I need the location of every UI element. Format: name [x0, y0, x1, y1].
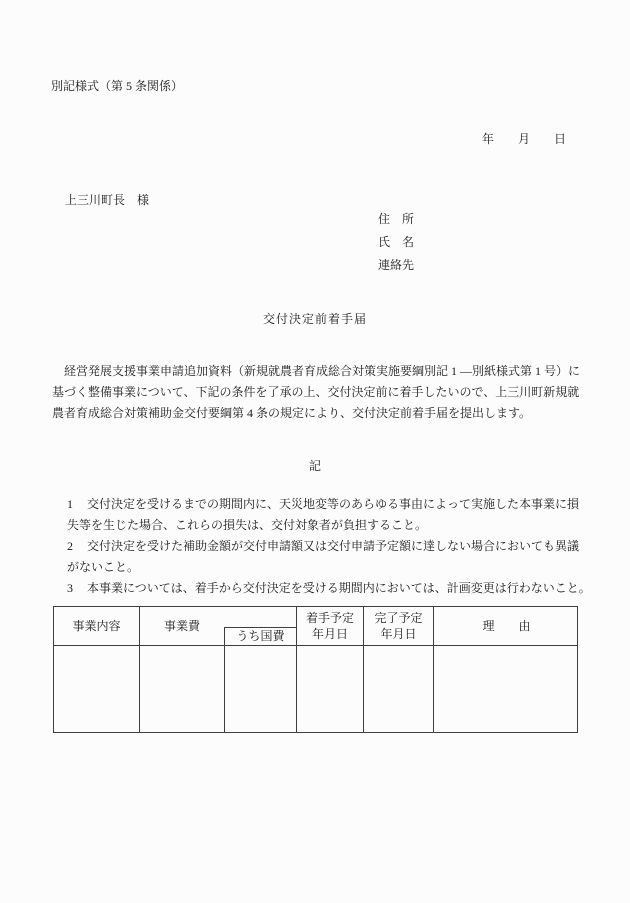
- condition-number: 2: [67, 536, 87, 557]
- sender-contact-label: 連絡先: [378, 254, 414, 277]
- header-national-share: うち国費: [225, 627, 296, 645]
- header-start-date: 着手予定 年月日: [297, 607, 363, 645]
- condition-number: 1: [67, 494, 87, 515]
- header-project-cost: 事業費: [140, 607, 224, 645]
- condition-item-1-line-1: 1交付決定を受けるまでの期間内に、天災地変等のあらゆる事由によって実施した本事業…: [52, 494, 578, 515]
- condition-number: 3: [67, 578, 87, 599]
- sender-address-label: 住 所: [378, 208, 414, 231]
- condition-item-2-line-1: 2交付決定を受けた補助金額が交付申請額又は交付申請予定額に達しない場合においても…: [52, 536, 578, 557]
- header-end-date: 完了予定 年月日: [364, 607, 433, 645]
- date-line: 年 月 日: [482, 129, 566, 150]
- ki-heading: 記: [0, 456, 630, 477]
- body-line: 基づく整備事業について、下記の条件を了承の上、交付決定前に着手したいので、上三川…: [52, 382, 578, 403]
- condition-item-1-line-2: 失等を生じた場合、これらの損失は、交付対象者が負担すること。: [67, 515, 578, 536]
- body-line: 経営発展支援事業申請追加資料（新規就農者育成総合対策実施要綱別記 1 ―別紙様式…: [52, 361, 578, 382]
- conditions-list: 1交付決定を受けるまでの期間内に、天災地変等のあらゆる事由によって実施した本事業…: [52, 494, 578, 599]
- condition-item-3-line-1: 3本事業については、着手から交付決定を受ける期間内においては、計画変更は行わない…: [52, 578, 578, 599]
- table-header-divider: [54, 645, 577, 646]
- form-style-label: 別記様式（第 5 条関係）: [51, 76, 183, 97]
- header-end-date-line2: 年月日: [380, 626, 416, 642]
- header-project-content: 事業内容: [54, 607, 139, 645]
- sender-block: 住 所 氏 名 連絡先: [378, 208, 414, 277]
- condition-text: 交付決定を受けた補助金額が交付申請額又は交付申請予定額に達しない場合においても異…: [87, 539, 579, 553]
- condition-item-2-line-2: がないこと。: [67, 557, 578, 578]
- document-page: 別記様式（第 5 条関係） 年 月 日 上三川町長 様 住 所 氏 名 連絡先 …: [0, 0, 630, 903]
- project-table: 事業内容 事業費 うち国費 着手予定 年月日 完了予定 年月日 理 由: [53, 606, 578, 733]
- header-start-date-line1: 着手予定: [306, 610, 354, 626]
- condition-text: 交付決定を受けるまでの期間内に、天災地変等のあらゆる事由によって実施した本事業に…: [87, 497, 579, 511]
- body-line: 農者育成総合対策補助金交付要綱第 4 条の規定により、交付決定前着手届を提出しま…: [52, 403, 578, 424]
- document-title: 交付決定前着手届: [0, 309, 630, 330]
- sender-name-label: 氏 名: [378, 231, 414, 254]
- header-start-date-line2: 年月日: [312, 626, 348, 642]
- header-end-date-line1: 完了予定: [374, 610, 422, 626]
- addressee: 上三川町長 様: [65, 190, 149, 211]
- condition-text: 本事業については、着手から交付決定を受ける期間内においては、計画変更は行わないこ…: [87, 581, 591, 595]
- body-paragraph: 経営発展支援事業申請追加資料（新規就農者育成総合対策実施要綱別記 1 ―別紙様式…: [52, 361, 578, 424]
- header-reason: 理 由: [434, 607, 579, 645]
